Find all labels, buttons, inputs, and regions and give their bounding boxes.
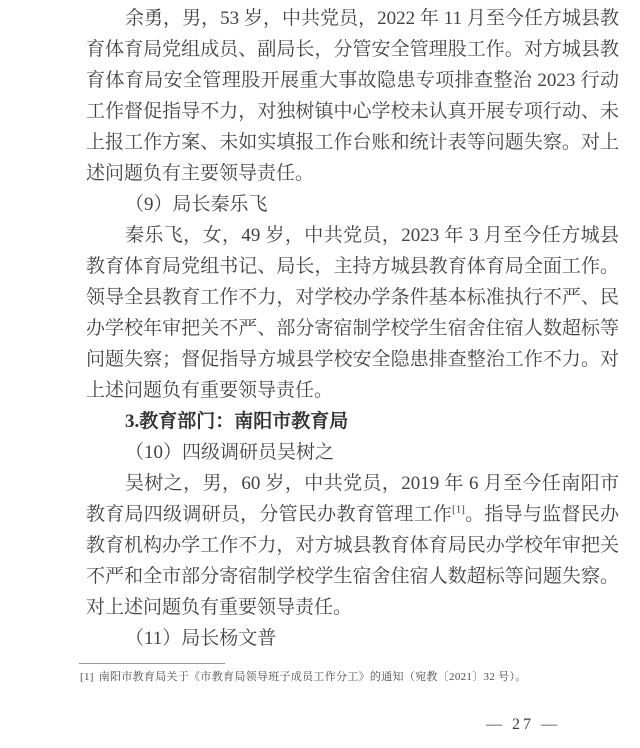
text-line: 对上述问题负有重要领导责任。 [86, 592, 619, 623]
text-line: 办学校年审把关不严、部分寄宿制学校学生宿舍住宿人数超标等 [86, 313, 619, 344]
text-line: （10）四级调研员吴树之 [86, 437, 619, 468]
text-line: 育体育局党组成员、副局长，分管安全管理股工作。对方城县教 [86, 34, 619, 65]
page-number: — 27 — [486, 716, 560, 734]
text-line: 育体育局安全管理股开展重大事故隐患专项排查整治 2023 行动 [86, 65, 619, 96]
text-line: 上述问题负有重要领导责任。 [86, 375, 619, 406]
text-line: （9）局长秦乐飞 [86, 189, 619, 220]
document-page: 余勇，男，53 岁，中共党员，2022 年 11 月至今任方城县教育体育局党组成… [0, 0, 640, 748]
text-line: 问题失察；督促指导方城县学校安全隐患排查整治工作不力。对 [86, 344, 619, 375]
footnote: [1]南阳市教育局关于《市教育局领导班子成员工作分工》的通知（宛教〔2021〕3… [80, 670, 540, 685]
text-line: 工作督促指导不力，对独树镇中心学校未认真开展专项行动、未 [86, 96, 619, 127]
text-run: 教育局四级调研员，分管民办教育管理工作 [86, 504, 452, 525]
text-line: 余勇，男，53 岁，中共党员，2022 年 11 月至今任方城县教 [86, 3, 619, 34]
footnote-divider [79, 663, 225, 664]
text-line: 述问题负有主要领导责任。 [86, 158, 619, 189]
footnote-ref: [1] [452, 504, 465, 516]
text-line: 不严和全市部分寄宿制学校学生宿舍住宿人数超标等问题失察。 [86, 561, 619, 592]
text-line: 教育局四级调研员，分管民办教育管理工作[1]。指导与监督民办 [86, 499, 619, 530]
text-line: （11）局长杨文普 [86, 623, 619, 654]
section-heading: 3.教育部门：南阳市教育局 [86, 406, 619, 437]
text-run: 。指导与监督民办 [465, 504, 619, 525]
text-line: 上报工作方案、未如实填报工作台账和统计表等问题失察。对上 [86, 127, 619, 158]
footnote-text: 南阳市教育局关于《市教育局领导班子成员工作分工》的通知（宛教〔2021〕32 号… [99, 671, 527, 683]
text-line: 教育体育局党组书记、局长，主持方城县教育体育局全面工作。 [86, 251, 619, 282]
text-line: 领导全县教育工作不力，对学校办学条件基本标准执行不严、民 [86, 282, 619, 313]
document-body: 余勇，男，53 岁，中共党员，2022 年 11 月至今任方城县教育体育局党组成… [86, 3, 619, 654]
text-line: 吴树之，男，60 岁，中共党员，2019 年 6 月至今任南阳市 [86, 468, 619, 499]
footnote-marker: [1] [80, 671, 94, 683]
text-line: 教育机构办学工作不力，对方城县教育体育局民办学校年审把关 [86, 530, 619, 561]
text-line: 秦乐飞，女，49 岁，中共党员，2023 年 3 月至今任方城县 [86, 220, 619, 251]
